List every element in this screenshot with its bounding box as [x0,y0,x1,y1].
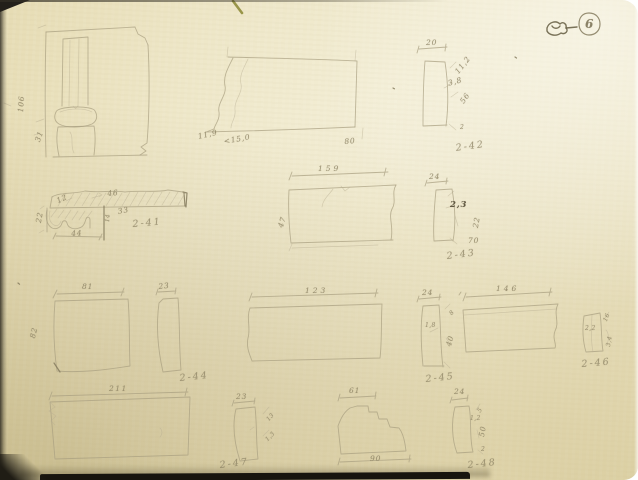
dim-annotation: 24 [454,387,465,396]
dim-annotation: 146 [496,284,519,293]
dim-annotation: 11,2 [453,54,472,75]
dim-annotation: 44 [71,228,83,238]
dim-annotation: 1,2 [470,415,481,422]
dim-annotation: 46 [107,188,119,198]
dim-annotation: 14 [104,214,112,223]
dim-annotation: 22 [34,211,45,224]
dim-annotation: 2,3 [450,200,467,210]
dim-annotation: 23 [236,392,247,401]
dim-annotation: 81 [82,282,93,291]
dim-annotation: 159 [318,164,341,173]
dim-annotation: 31 [33,130,45,144]
dim-annotation: 24 [429,172,440,181]
dim-annotation: 123 [305,286,328,295]
dim-annotation: 80 [344,136,356,146]
dim-annotation: 56 [458,91,472,105]
dim-annotation: 70 [468,236,479,245]
figure-label: 2-45 [425,371,455,385]
dim-annotation: 61 [349,386,360,395]
dim-annotation: 47 [276,215,288,228]
dim-annotation: 8 [448,309,456,317]
dim-annotation: 22 [471,216,482,229]
dim-annotation: 20 [426,38,437,47]
figure-label: 2-44 [179,370,209,384]
dim-annotation: 16 [602,312,612,322]
dim-annotation: 3,4 [605,335,614,347]
dim-annotation: 24 [422,288,433,297]
annotations-layer: 106 31 12 46 22 33 14 44 2-41 11,9 <15,0… [0,0,638,480]
dim-annotation: 2,2 [585,325,596,332]
dim-annotation: 90 [370,454,381,463]
photo-left-edge [0,0,7,480]
dim-annotation: 1,8 [425,322,436,329]
photo-bottom-edge [40,472,470,480]
notebook-page-photo: 106 31 12 46 22 33 14 44 2-41 11,9 <15,0… [0,0,638,480]
dim-annotation: 12 [55,192,69,205]
dim-annotation: 2 [460,124,464,131]
photo-top-edge [0,0,448,2]
dim-annotation: 33 [117,205,130,216]
dim-annotation: 2 [481,446,485,453]
figure-label: 2-41 [132,216,162,230]
dim-annotation: 40 [444,334,456,347]
photo-right-edge [634,0,638,480]
dim-annotation: 106 [16,95,26,112]
dim-annotation: 5 [476,407,484,414]
dim-annotation: 3,8 [447,75,463,87]
dim-annotation: 82 [28,326,39,339]
dim-annotation: 23 [158,281,170,291]
dim-annotation: <15,0 [223,132,251,146]
figure-label: 2-46 [581,356,611,370]
figure-label: 2-43 [446,247,476,261]
dim-annotation: 11,9 [197,128,218,141]
dim-annotation: 50 [477,425,488,438]
dim-annotation: 211 [109,384,128,393]
dim-annotation: 1,3 [264,430,277,443]
dim-annotation: 13 [265,412,276,423]
photo-corner-bottom-left [0,454,46,480]
figure-label: 2-42 [455,139,486,154]
page-number: 6 [585,17,593,31]
